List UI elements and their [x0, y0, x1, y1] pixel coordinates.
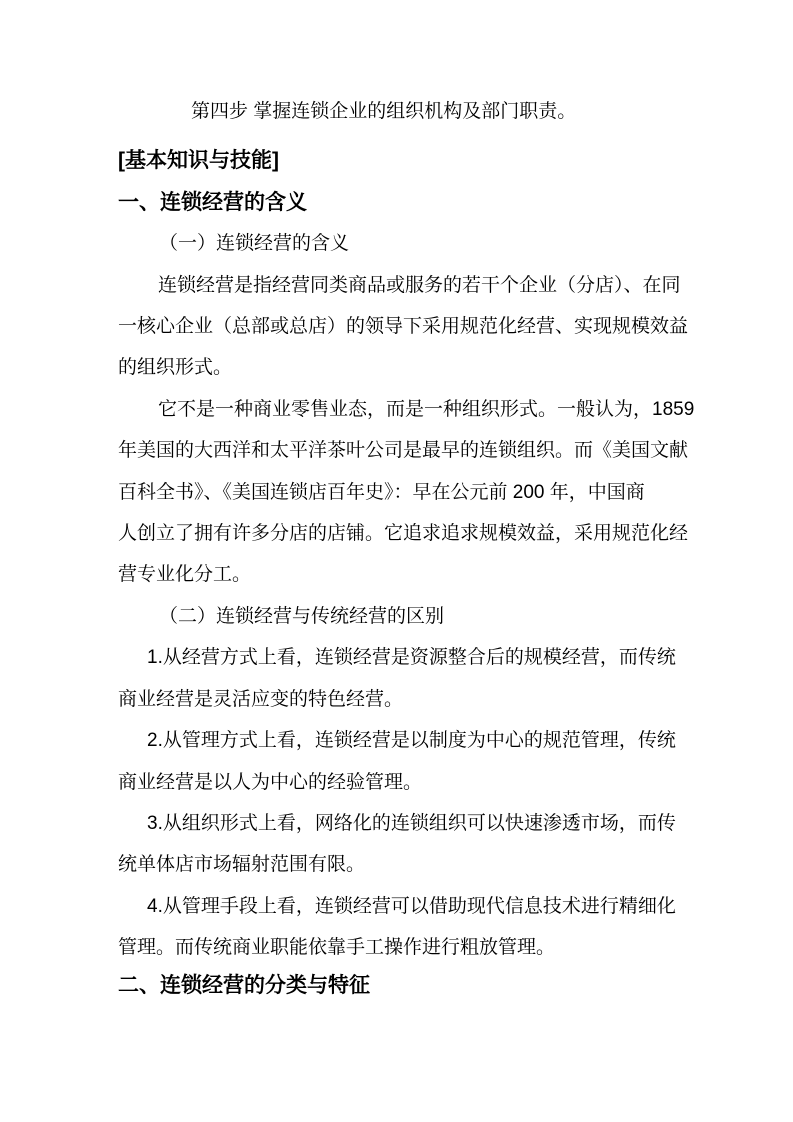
text-line: 统单体店市场辐射范围有限。	[118, 844, 678, 885]
document-text-area: 第四步 掌握连锁企业的组织机构及部门职责。[基本知识与技能]一、连锁经营的含义（…	[118, 91, 678, 1006]
bracket-heading: [基本知识与技能]	[118, 140, 678, 181]
numbered-item-2-line: 2.从管理方式上看，连锁经营是以制度为中心的规范管理，传统	[118, 720, 678, 761]
numbered-item-4-line: 4.从管理手段上看，连锁经营可以借助现代信息技术进行精细化	[118, 886, 678, 927]
text-line: 连锁经营是指经营同类商品或服务的若干个企业（分店）、在同	[118, 265, 678, 306]
sub-heading-1-2: （二）连锁经营与传统经营的区别	[118, 596, 678, 637]
text-line: 百科全书》、《美国连锁店百年史》：早在公元前 200 年，中国商	[118, 472, 678, 513]
numbered-item-3-line: 3.从组织形式上看，网络化的连锁组织可以快速渗透市场，而传	[118, 803, 678, 844]
document-page: 第四步 掌握连锁企业的组织机构及部门职责。[基本知识与技能]一、连锁经营的含义（…	[0, 0, 793, 1122]
text-line: 商业经营是灵活应变的特色经营。	[118, 679, 678, 720]
text-line: 营专业化分工。	[118, 554, 678, 595]
text-line: 它不是一种商业零售业态，而是一种组织形式。一般认为，1859	[118, 389, 678, 430]
step-title-line: 第四步 掌握连锁企业的组织机构及部门职责。	[118, 91, 678, 132]
section-heading-1: 一、连锁经营的含义	[118, 182, 678, 223]
numbered-item-1-line: 1.从经营方式上看，连锁经营是资源整合后的规模经营，而传统	[118, 637, 678, 678]
text-line: 的组织形式。	[118, 347, 678, 388]
sub-heading-1-1: （一）连锁经营的含义	[118, 223, 678, 264]
text-line: 商业经营是以人为中心的经验管理。	[118, 762, 678, 803]
text-line: 一核心企业（总部或总店）的领导下采用规范化经营、实现规模效益	[118, 306, 678, 347]
text-line: 管理。而传统商业职能依靠手工操作进行粗放管理。	[118, 927, 678, 968]
text-line: 人创立了拥有许多分店的店铺。它追求追求规模效益，采用规范化经	[118, 513, 678, 554]
section-heading-2: 二、连锁经营的分类与特征	[118, 965, 678, 1006]
text-line: 年美国的大西洋和太平洋茶叶公司是最早的连锁组织。而《美国文献	[118, 430, 678, 471]
